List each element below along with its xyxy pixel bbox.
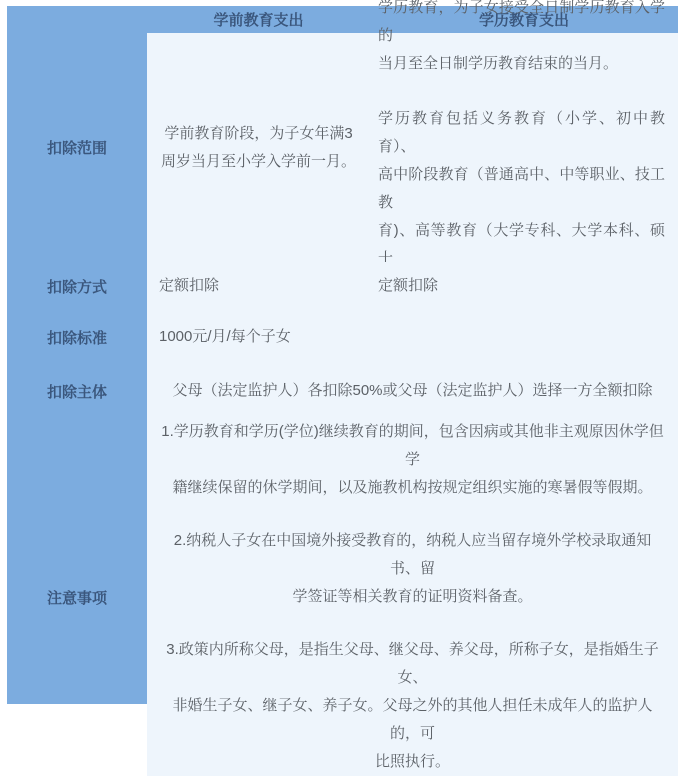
scope-preschool-text: 学前教育阶段，为子女年满3 周岁当月至小学入学前一月。 [161, 120, 356, 176]
scope-academic-paragraph-1: 学历教育，为子女接受全日制学历教育入学的 当月至全日制学历教育结束的当月。 [378, 0, 665, 78]
method-academic-text: 定额扣除 [378, 272, 678, 300]
subject-value-text: 父母（法定监护人）各扣除50%或父母（法定监护人）选择一方全额扣除 [172, 377, 652, 405]
cell-method-preschool: 定额扣除 [147, 262, 370, 310]
cell-subject-value: 父母（法定监护人）各扣除50%或父母（法定监护人）选择一方全额扣除 [147, 364, 678, 418]
cell-method-academic: 定额扣除 [370, 262, 678, 310]
row-label-subject: 扣除主体 [7, 364, 147, 418]
column-header-preschool: 学前教育支出 [147, 6, 370, 33]
cell-scope-academic: 学历教育，为子女接受全日制学历教育入学的 当月至全日制学历教育结束的当月。 学历… [370, 33, 678, 262]
row-label-notes: 注意事项 [7, 418, 147, 708]
row-label-scope: 扣除范围 [7, 33, 147, 262]
cell-standard-value: 1000元/月/每个子女 [147, 310, 678, 364]
note-item-2: 2.纳税人子女在中国境外接受教育的，纳税人应当留存境外学校录取通知书、留 学签证… [159, 527, 666, 611]
row-label-standard: 扣除标准 [7, 310, 147, 364]
note-item-3: 3.政策内所称父母，是指生父母、继父母、养父母，所称子女，是指婚生子女、 非婚生… [159, 636, 666, 708]
cell-scope-preschool: 学前教育阶段，为子女年满3 周岁当月至小学入学前一月。 [147, 33, 370, 262]
standard-value-text: 1000元/月/每个子女 [159, 323, 678, 351]
row-label-method: 扣除方式 [7, 262, 147, 310]
note-item-1: 1.学历教育和学历(学位)继续教育的期间，包含因病或其他非主观原因休学但学 籍继… [159, 418, 666, 502]
child-education-deduction-table: 学前教育支出 学历教育支出 扣除范围 学前教育阶段，为子女年满3 周岁当月至小学… [7, 6, 678, 704]
method-preschool-text: 定额扣除 [159, 272, 370, 300]
header-corner-blank [7, 6, 147, 33]
cell-notes: 1.学历教育和学历(学位)继续教育的期间，包含因病或其他非主观原因休学但学 籍继… [147, 418, 678, 708]
